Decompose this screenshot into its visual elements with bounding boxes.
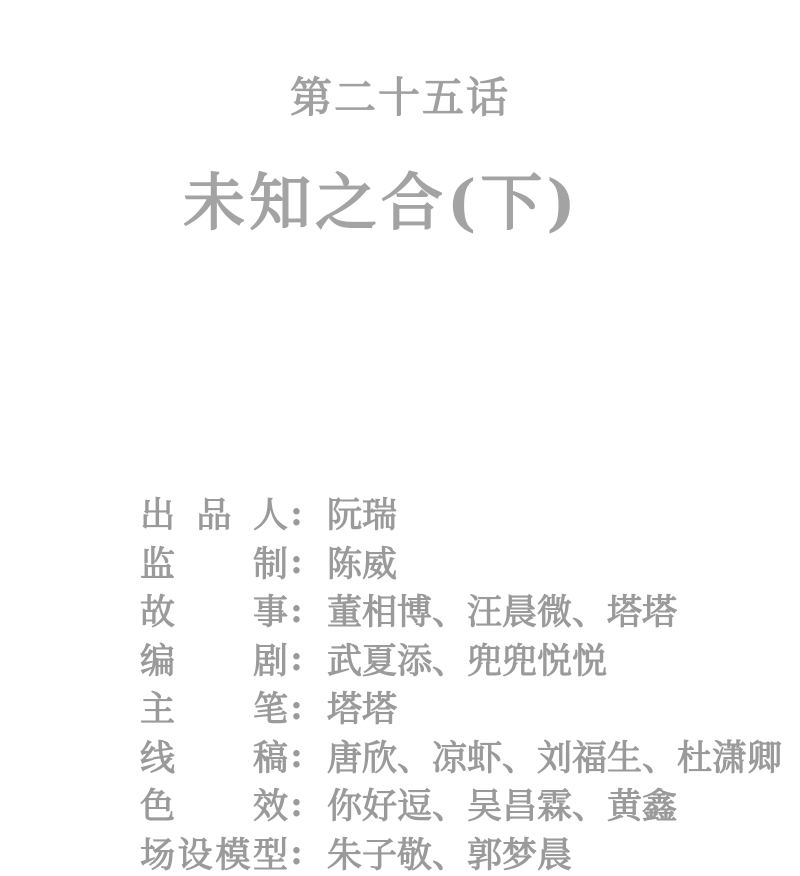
credit-colon: :: [288, 832, 327, 873]
credit-row-screenwriter: 编 剧 : 武夏添、兜兜悦悦: [140, 635, 782, 684]
credit-names: 塔塔: [327, 682, 397, 732]
role-char: 剧: [253, 634, 288, 684]
credit-role: 出 品 人: [140, 488, 288, 538]
role-char: 事: [253, 585, 288, 635]
role-char: 场: [140, 828, 175, 876]
credit-row-story: 故 事 : 董相博、汪晨微、塔塔: [140, 586, 782, 635]
role-char: 笔: [253, 682, 288, 732]
credit-colon: :: [288, 590, 327, 631]
credit-role: 故 事: [140, 585, 288, 635]
credit-row-producer: 出 品 人 : 阮瑞: [140, 489, 782, 538]
role-char: 稿: [253, 731, 288, 781]
credit-colon: :: [288, 687, 327, 728]
role-char: 效: [253, 779, 288, 829]
role-char: 人: [253, 488, 288, 538]
chapter-number: 第二十五话: [0, 72, 800, 124]
credit-colon: :: [288, 784, 327, 825]
role-char: 线: [140, 731, 175, 781]
credit-row-scene-modeling: 场 设 模 型 : 朱子敬、郭梦晨: [140, 829, 782, 876]
credit-names: 朱子敬、郭梦晨: [327, 828, 572, 876]
credit-role: 场 设 模 型: [140, 828, 288, 876]
role-char: 模: [215, 828, 250, 876]
credit-row-lead-artist: 主 笔 : 塔塔: [140, 683, 782, 732]
role-char: 设: [178, 828, 213, 876]
role-char: 主: [140, 682, 175, 732]
role-char: 编: [140, 634, 175, 684]
role-char: 色: [140, 779, 175, 829]
credit-role: 主 笔: [140, 682, 288, 732]
credit-colon: :: [288, 735, 327, 776]
role-char: 故: [140, 585, 175, 635]
chapter-title: 未知之合(下): [183, 163, 580, 243]
credits-list: 出 品 人 : 阮瑞 监 制 : 陈威 故 事 : 董相博、汪晨微、塔塔: [140, 489, 782, 876]
credit-row-coloring: 色 效 : 你好逗、吴昌霖、黄鑫: [140, 780, 782, 829]
role-char: 监: [140, 537, 175, 587]
credit-names: 董相博、汪晨微、塔塔: [327, 585, 677, 635]
credit-row-lineart: 线 稿 : 唐欣、凉虾、刘福生、杜潇卿: [140, 732, 782, 781]
credit-role: 编 剧: [140, 634, 288, 684]
role-char: 品: [196, 488, 231, 538]
credit-role: 线 稿: [140, 731, 288, 781]
credit-row-supervisor: 监 制 : 陈威: [140, 538, 782, 587]
credit-names: 唐欣、凉虾、刘福生、杜潇卿: [327, 731, 782, 781]
credit-names: 武夏添、兜兜悦悦: [327, 634, 607, 684]
credit-names: 你好逗、吴昌霖、黄鑫: [327, 779, 677, 829]
credit-colon: :: [288, 493, 327, 534]
credit-colon: :: [288, 541, 327, 582]
credit-names: 陈威: [327, 537, 397, 587]
role-char: 制: [253, 537, 288, 587]
credit-role: 监 制: [140, 537, 288, 587]
credit-colon: :: [288, 638, 327, 679]
role-char: 型: [253, 828, 288, 876]
credit-names: 阮瑞: [327, 488, 397, 538]
credit-role: 色 效: [140, 779, 288, 829]
role-char: 出: [140, 488, 175, 538]
